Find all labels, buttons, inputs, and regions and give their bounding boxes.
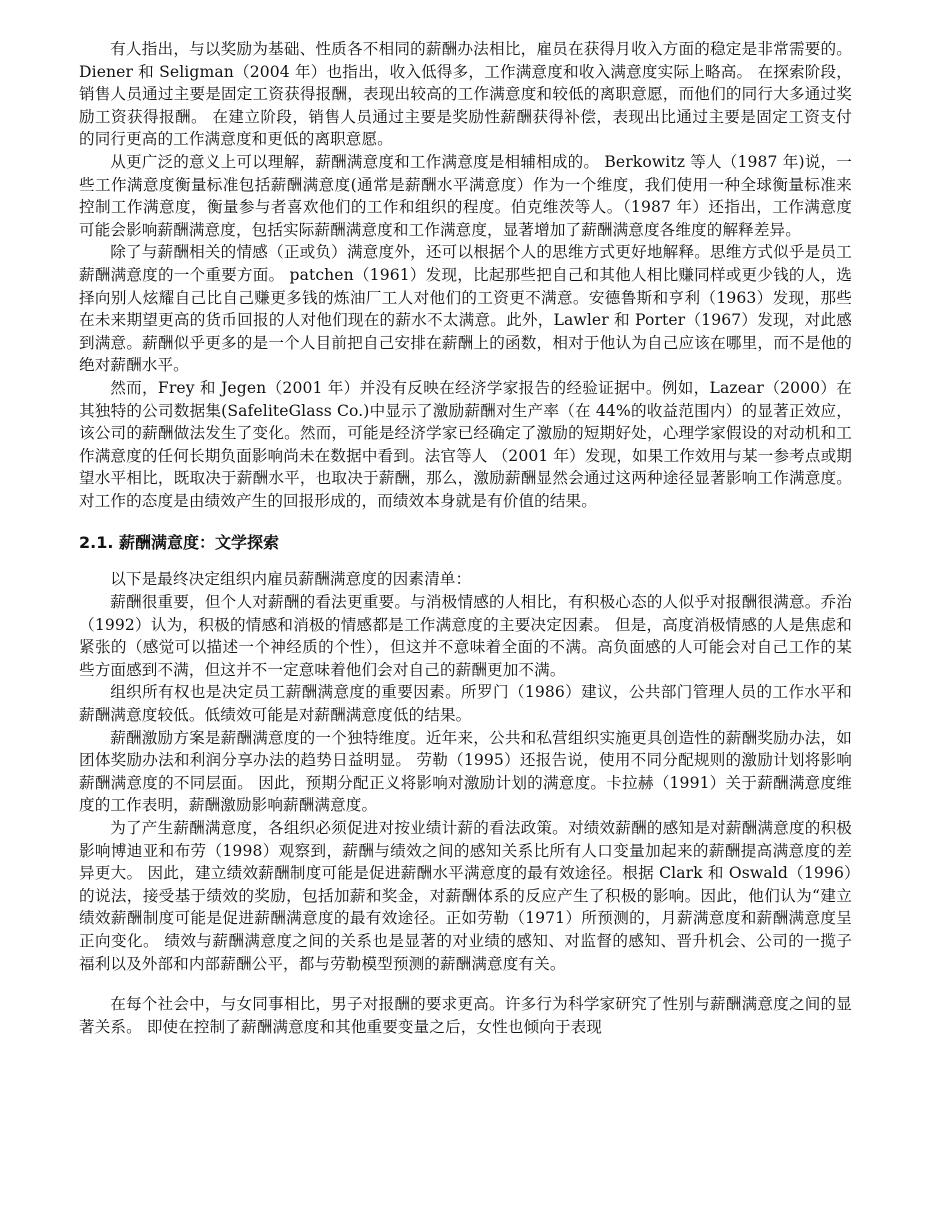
paragraph-spacer [79,975,852,993]
paragraph-factor-list-intro: 以下是最终决定组织内雇员薪酬满意度的因素清单： [79,568,852,591]
paragraph-incentive-plans: 薪酬激励方案是薪酬满意度的一个独特维度。近年来，公共和私营组织实施更具创造性的薪… [79,727,852,817]
section-heading: 2.1. 薪酬满意度：文学探索 [79,532,852,554]
paragraph-income-stability: 有人指出，与以奖励为基础、性质各不相同的薪酬办法相比，雇员在获得月收入方面的稳定… [79,38,852,151]
paragraph-gender: 在每个社会中，与女同事相比，男子对报酬的要求更高。许多行为科学家研究了性别与薪酬… [79,993,852,1038]
paragraph-economists-evidence: 然而，Frey 和 Jegen（2001 年）并没有反映在经济学家报告的经验证据… [79,377,852,513]
document-page: 有人指出，与以奖励为基础、性质各不相同的薪酬办法相比，雇员在获得月收入方面的稳定… [79,38,852,1038]
paragraph-thinking-style: 除了与薪酬相关的情感（正或负）满意度外，还可以根据个人的思维方式更好地解释。思维… [79,241,852,377]
paragraph-affect: 薪酬很重要，但个人对薪酬的看法更重要。与消极情感的人相比，有积极心态的人似乎对报… [79,591,852,681]
paragraph-pay-job-satisfaction: 从更广泛的意义上可以理解，薪酬满意度和工作满意度是相辅相成的。 Berkowit… [79,151,852,241]
paragraph-merit-pay: 为了产生薪酬满意度，各组织必须促进对按业绩计薪的看法政策。对绩效薪酬的感知是对薪… [79,817,852,975]
paragraph-ownership: 组织所有权也是决定员工薪酬满意度的重要因素。所罗门（1986）建议，公共部门管理… [79,681,852,726]
